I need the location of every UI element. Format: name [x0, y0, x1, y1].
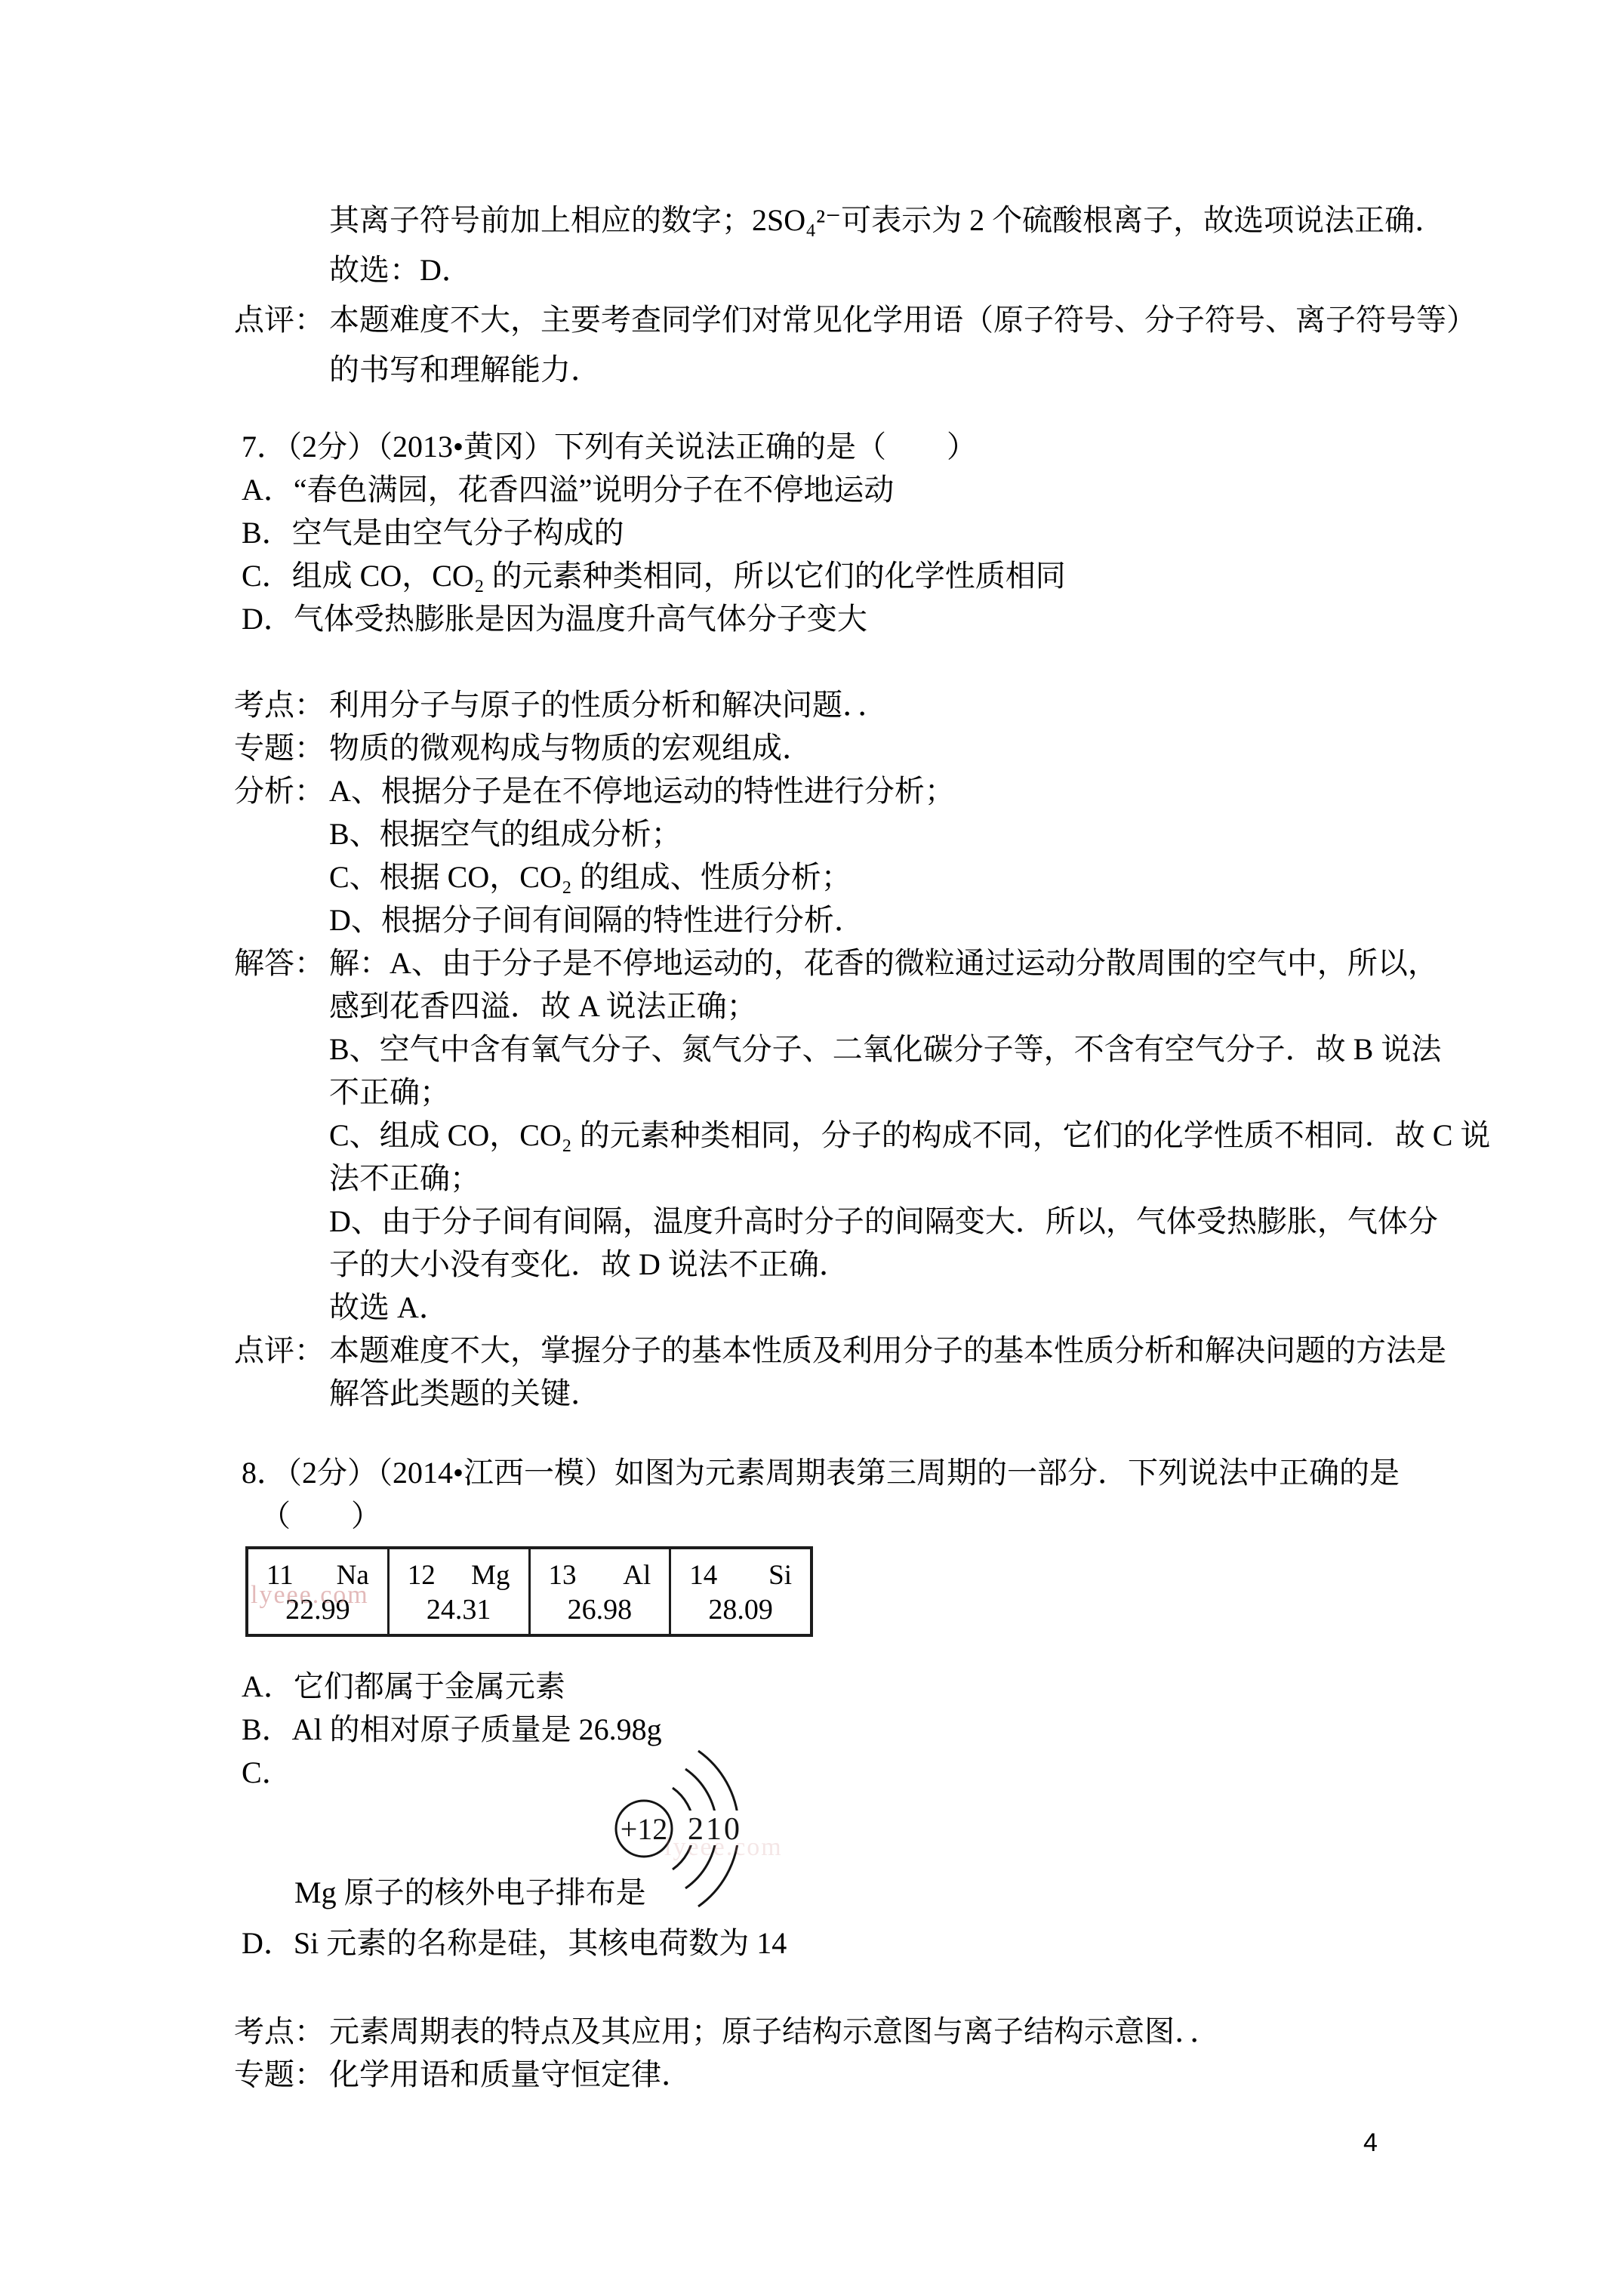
q7-kaodian-row: 考点： 利用分子与原子的性质分析和解决问题．． [234, 683, 1457, 726]
q8-answer-block: 考点： 元素周期表的特点及其应用；原子结构示意图与离子结构示意图．． 专题： 化… [234, 2010, 1457, 2096]
element-symbol: Al [623, 1559, 651, 1592]
q8-option-a: A．它们都属于金属元素 [242, 1665, 1457, 1708]
q8-option-c-text: Mg 原子的核外电子排布是 [294, 1871, 646, 1914]
q7-jieda-line: 感到花香四溢．故 A 说法正确； [329, 985, 1490, 1028]
page-number: 4 [1363, 2128, 1378, 2158]
q8-stem-line2: （ ） [260, 1494, 1457, 1537]
kaodian-label: 考点： [234, 2010, 329, 2053]
question-8-options: A．它们都属于金属元素 B．Al 的相对原子质量是 26.98g C． [234, 1665, 1457, 1794]
element-symbol: Mg [471, 1559, 510, 1592]
q8-kaodian-row: 考点： 元素周期表的特点及其应用；原子结构示意图与离子结构示意图．． [234, 2010, 1457, 2053]
element-cell-mg: 12 Mg 24.31 [390, 1549, 531, 1634]
question-8-stem: 8．（2分）（2014•江西一模）如图为元素周期表第三周期的一部分．下列说法中正… [234, 1451, 1457, 1537]
q7-jieda-line: D、由于分子间有间隔，温度升高时分子的间隔变大．所以，气体受热膨胀，气体分 [329, 1200, 1490, 1243]
q7-jieda-line: 子的大小没有变化．故 D 说法不正确． [329, 1243, 1490, 1286]
q7-dianping-line: 本题难度不大，掌握分子的基本性质及利用分子的基本性质分析和解决问题的方法是 [329, 1329, 1457, 1372]
q6-answer-tail: 其离子符号前加上相应的数字；2SO₄²⁻可表示为 2 个硫酸根离子，故选项说法正… [234, 196, 1457, 395]
element-mass: 28.09 [671, 1592, 810, 1627]
q7-fenxi-row: 分析： A、根据分子是在不停地运动的特性进行分析； B、根据空气的组成分析； C… [234, 769, 1457, 942]
q7-dianping-row: 点评： 本题难度不大，掌握分子的基本性质及利用分子的基本性质分析和解决问题的方法… [234, 1329, 1457, 1415]
q7-option-c: C．组成 CO，CO₂ 的元素种类相同，所以它们的化学性质相同 [242, 554, 1457, 597]
watermark-text-faint: lyeee.com [664, 1833, 783, 1862]
element-number: 14 [689, 1559, 717, 1592]
q8-option-d: D．Si 元素的名称是硅，其核电荷数为 14 [242, 1922, 787, 1965]
element-symbol: Si [768, 1559, 792, 1592]
q7-jieda-row: 解答： 解：A、由于分子是不停地运动的，花香的微粒通过运动分散周围的空气中，所以… [234, 942, 1457, 1329]
zhuanti-label: 专题： [234, 726, 329, 769]
jieda-label: 解答： [234, 942, 329, 985]
q8-kaodian-text: 元素周期表的特点及其应用；原子结构示意图与离子结构示意图．． [329, 2010, 1457, 2053]
element-cell-si: 14 Si 28.09 [671, 1549, 810, 1634]
watermark-text: lyeee.com [251, 1581, 369, 1610]
q7-option-b: B．空气是由空气分子构成的 [242, 511, 1457, 554]
element-number: 13 [549, 1559, 577, 1592]
q8-stem-line1: 8．（2分）（2014•江西一模）如图为元素周期表第三周期的一部分．下列说法中正… [242, 1451, 1457, 1494]
element-cell-al: 13 Al 26.98 [531, 1549, 672, 1634]
q7-fenxi-line: C、根据 CO，CO₂ 的组成、性质分析； [329, 855, 1457, 898]
kaodian-label: 考点： [234, 683, 329, 726]
q7-jieda-line: 解：A、由于分子是不停地运动的，花香的微粒通过运动分散周围的空气中，所以， [329, 942, 1490, 985]
q7-jieda-line: 法不正确； [329, 1157, 1490, 1200]
q7-zhuanti-row: 专题： 物质的微观构成与物质的宏观组成． [234, 726, 1457, 769]
q6-answer-line: 其离子符号前加上相应的数字；2SO₄²⁻可表示为 2 个硫酸根离子，故选项说法正… [329, 196, 1457, 245]
q6-chosen-answer: 故选：D． [329, 245, 1457, 295]
q7-zhuanti-text: 物质的微观构成与物质的宏观组成． [329, 726, 1457, 769]
q6-review-line: 本题难度不大，主要考查同学们对常见化学用语（原子符号、分子符号、离子符号等） [329, 295, 1477, 345]
q7-fenxi-line: A、根据分子是在不停地运动的特性进行分析； [329, 769, 1457, 812]
q7-jieda-line: 故选 A． [329, 1286, 1490, 1329]
document-page: 其离子符号前加上相应的数字；2SO₄²⁻可表示为 2 个硫酸根离子，故选项说法正… [0, 0, 1623, 2296]
element-number: 12 [408, 1559, 436, 1592]
q6-review-line: 的书写和理解能力． [329, 345, 1477, 395]
q7-jieda-line: B、空气中含有氧气分子、氮气分子、二氧化碳分子等，不含有空气分子．故 B 说法 [329, 1028, 1490, 1071]
q7-fenxi-line: B、根据空气的组成分析； [329, 812, 1457, 855]
q7-option-a: A．“春色满园，花香四溢”说明分子在不停地运动 [242, 468, 1457, 511]
q7-jieda-line: C、组成 CO，CO₂ 的元素种类相同，分子的构成不同，它们的化学性质不相同．故… [329, 1114, 1490, 1157]
element-mass: 26.98 [531, 1592, 670, 1627]
q6-review-row: 点评： 本题难度不大，主要考查同学们对常见化学用语（原子符号、分子符号、离子符号… [234, 295, 1457, 395]
q7-fenxi-line: D、根据分子间有间隔的特性进行分析． [329, 898, 1457, 942]
q8-zhuanti-row: 专题： 化学用语和质量守恒定律． [234, 2053, 1457, 2096]
q7-jieda-line: 不正确； [329, 1071, 1490, 1114]
zhuanti-label: 专题： [234, 2053, 329, 2096]
element-mass: 24.31 [390, 1592, 528, 1627]
q7-dianping-line: 解答此类题的关键． [329, 1372, 1457, 1415]
q7-option-d: D．气体受热膨胀是因为温度升高气体分子变大 [242, 597, 1457, 640]
review-label: 点评： [234, 295, 329, 345]
nucleus-charge-label: +12 [621, 1812, 668, 1846]
fenxi-label: 分析： [234, 769, 329, 812]
q7-stem: 7．（2分）（2013•黄冈）下列有关说法正确的是（ ） [242, 425, 1457, 468]
dianping-label: 点评： [234, 1329, 329, 1372]
q7-kaodian-text: 利用分子与原子的性质分析和解决问题．． [329, 683, 1457, 726]
q7-answer-block: 考点： 利用分子与原子的性质分析和解决问题．． 专题： 物质的微观构成与物质的宏… [234, 683, 1457, 1415]
q8-option-b: B．Al 的相对原子质量是 26.98g [242, 1708, 1457, 1751]
question-7: 7．（2分）（2013•黄冈）下列有关说法正确的是（ ） A．“春色满园，花香四… [234, 425, 1457, 640]
q8-zhuanti-text: 化学用语和质量守恒定律． [329, 2053, 1457, 2096]
q8-option-c-label: C． [242, 1751, 1457, 1794]
